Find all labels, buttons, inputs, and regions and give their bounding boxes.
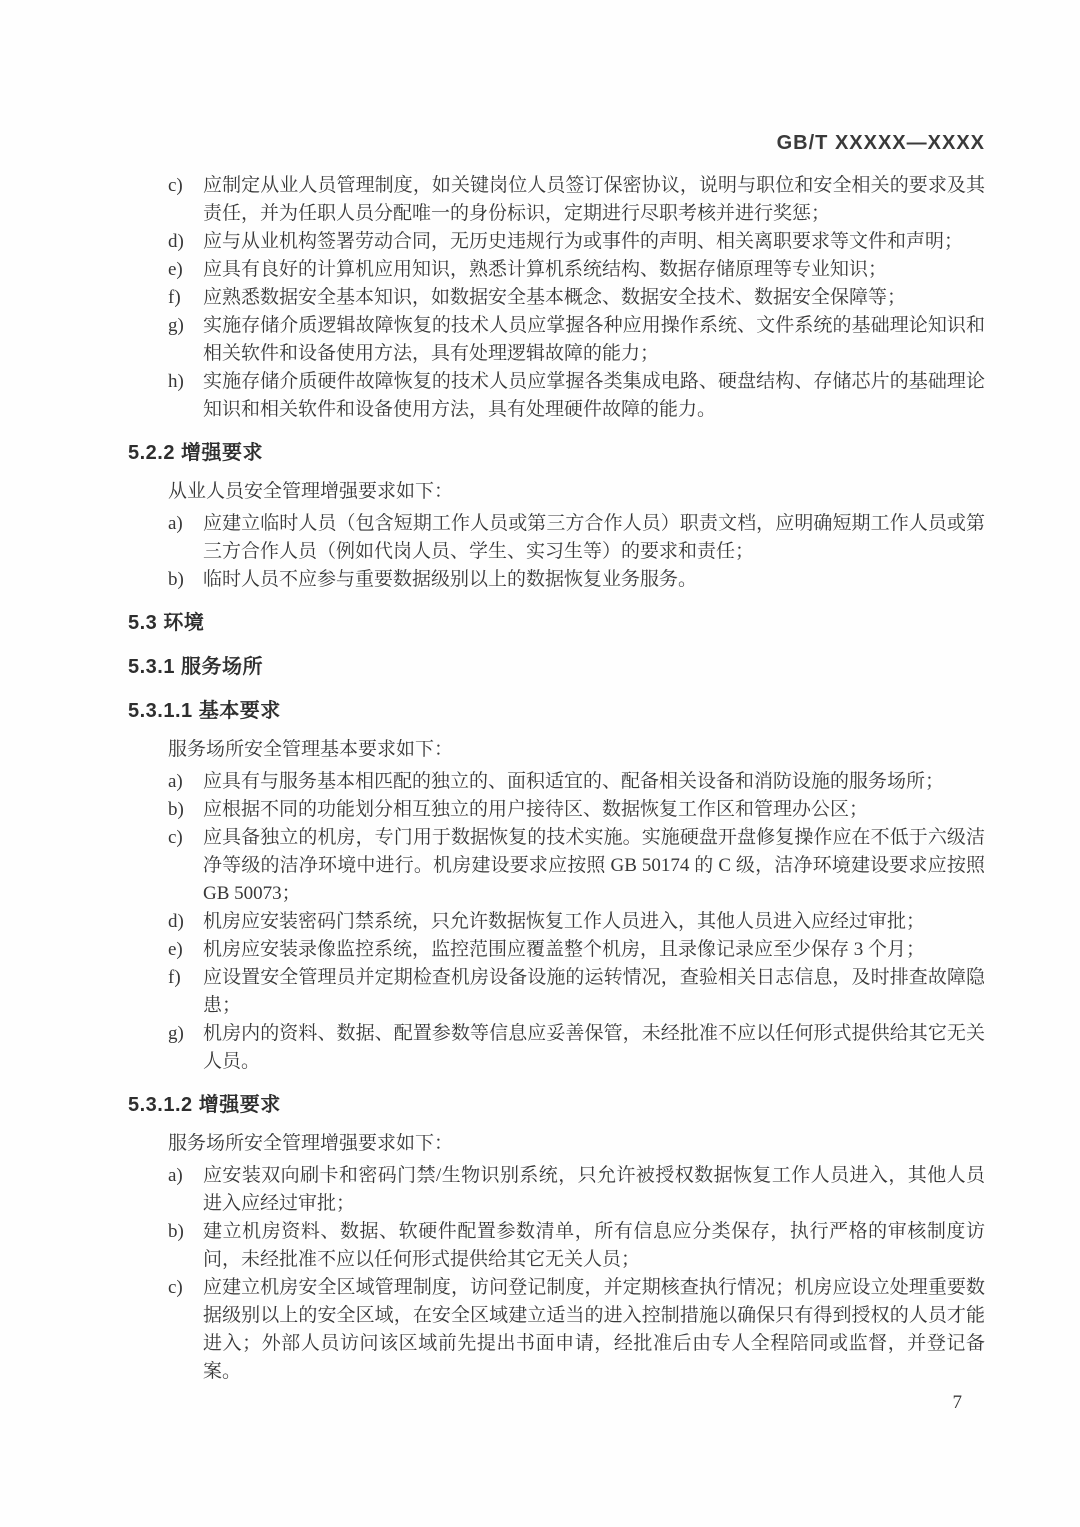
list-item-text: 应根据不同的功能划分相互独立的用户接待区、数据恢复工作区和管理办公区；: [203, 796, 985, 824]
list-item-text: 机房应安装录像监控系统，监控范围应覆盖整个机房，且录像记录应至少保存 3 个月；: [203, 936, 985, 964]
list-item-text: 应熟悉数据安全基本知识，如数据安全基本概念、数据安全技术、数据安全保障等；: [203, 284, 985, 312]
list-item-text: 应具有良好的计算机应用知识，熟悉计算机系统结构、数据存储原理等专业知识；: [203, 256, 985, 284]
paragraph: 服务场所安全管理基本要求如下：: [128, 736, 985, 764]
list-item-text: 建立机房资料、数据、软硬件配置参数清单，所有信息应分类保存，执行严格的审核制度访…: [203, 1218, 985, 1274]
document-page: GB/T XXXXX—XXXX c)应制定从业人员管理制度，如关键岗位人员签订保…: [0, 0, 1080, 1527]
section-heading: 5.3.1.1 基本要求: [128, 696, 985, 726]
standard-code-header: GB/T XXXXX—XXXX: [128, 132, 985, 154]
list-item: c)应具备独立的机房，专门用于数据恢复的技术实施。实施硬盘开盘修复操作应在不低于…: [128, 824, 985, 908]
list-item: a)应安装双向刷卡和密码门禁/生物识别系统，只允许被授权数据恢复工作人员进入，其…: [128, 1162, 985, 1218]
list-item-label: d): [168, 908, 203, 936]
list-item: b)临时人员不应参与重要数据级别以上的数据恢复业务服务。: [128, 566, 985, 594]
list-item: c)应建立机房安全区域管理制度，访问登记制度，并定期核查执行情况；机房应设立处理…: [128, 1274, 985, 1386]
section-heading: 5.3.1 服务场所: [128, 652, 985, 682]
list-item-text: 应设置安全管理员并定期检查机房设备设施的运转情况，查验相关日志信息，及时排查故障…: [203, 964, 985, 1020]
list-item-label: g): [168, 312, 203, 340]
list-item-text: 机房内的资料、数据、配置参数等信息应妥善保管，未经批准不应以任何形式提供给其它无…: [203, 1020, 985, 1076]
list-item-label: a): [168, 1162, 203, 1190]
section-heading: 5.3.1.2 增强要求: [128, 1090, 985, 1120]
list-item: d)机房应安装密码门禁系统，只允许数据恢复工作人员进入，其他人员进入应经过审批；: [128, 908, 985, 936]
list-item-text: 应建立临时人员（包含短期工作人员或第三方合作人员）职责文档，应明确短期工作人员或…: [203, 510, 985, 566]
lettered-list: a)应建立临时人员（包含短期工作人员或第三方合作人员）职责文档，应明确短期工作人…: [128, 510, 985, 594]
lettered-list: a)应具有与服务基本相匹配的独立的、面积适宜的、配备相关设备和消防设施的服务场所…: [128, 768, 985, 1076]
list-item: g)实施存储介质逻辑故障恢复的技术人员应掌握各种应用操作系统、文件系统的基础理论…: [128, 312, 985, 368]
list-item-text: 应制定从业人员管理制度，如关键岗位人员签订保密协议，说明与职位和安全相关的要求及…: [203, 172, 985, 228]
page-number: 7: [953, 1392, 963, 1414]
list-item-label: b): [168, 566, 203, 594]
list-item-label: a): [168, 768, 203, 796]
list-item-text: 临时人员不应参与重要数据级别以上的数据恢复业务服务。: [203, 566, 985, 594]
list-item-label: c): [168, 172, 203, 200]
list-item-label: c): [168, 1274, 203, 1302]
section-heading: 5.3 环境: [128, 608, 985, 638]
lettered-list: c)应制定从业人员管理制度，如关键岗位人员签订保密协议，说明与职位和安全相关的要…: [128, 172, 985, 424]
list-item: e)机房应安装录像监控系统，监控范围应覆盖整个机房，且录像记录应至少保存 3 个…: [128, 936, 985, 964]
list-item: a)应建立临时人员（包含短期工作人员或第三方合作人员）职责文档，应明确短期工作人…: [128, 510, 985, 566]
list-item-label: f): [168, 964, 203, 992]
list-item: a)应具有与服务基本相匹配的独立的、面积适宜的、配备相关设备和消防设施的服务场所…: [128, 768, 985, 796]
list-item-text: 应与从业机构签署劳动合同，无历史违规行为或事件的声明、相关离职要求等文件和声明；: [203, 228, 985, 256]
list-item-label: g): [168, 1020, 203, 1048]
list-item: b)建立机房资料、数据、软硬件配置参数清单，所有信息应分类保存，执行严格的审核制…: [128, 1218, 985, 1274]
list-item-label: e): [168, 256, 203, 284]
list-item-label: b): [168, 796, 203, 824]
list-item-text: 应具备独立的机房，专门用于数据恢复的技术实施。实施硬盘开盘修复操作应在不低于六级…: [203, 824, 985, 908]
list-item: d)应与从业机构签署劳动合同，无历史违规行为或事件的声明、相关离职要求等文件和声…: [128, 228, 985, 256]
list-item-text: 应具有与服务基本相匹配的独立的、面积适宜的、配备相关设备和消防设施的服务场所；: [203, 768, 985, 796]
list-item-text: 实施存储介质逻辑故障恢复的技术人员应掌握各种应用操作系统、文件系统的基础理论知识…: [203, 312, 985, 368]
section-heading: 5.2.2 增强要求: [128, 438, 985, 468]
lettered-list: a)应安装双向刷卡和密码门禁/生物识别系统，只允许被授权数据恢复工作人员进入，其…: [128, 1162, 985, 1386]
list-item-text: 应建立机房安全区域管理制度，访问登记制度，并定期核查执行情况；机房应设立处理重要…: [203, 1274, 985, 1386]
list-item: c)应制定从业人员管理制度，如关键岗位人员签订保密协议，说明与职位和安全相关的要…: [128, 172, 985, 228]
list-item-text: 应安装双向刷卡和密码门禁/生物识别系统，只允许被授权数据恢复工作人员进入，其他人…: [203, 1162, 985, 1218]
list-item-label: a): [168, 510, 203, 538]
list-item: h)实施存储介质硬件故障恢复的技术人员应掌握各类集成电路、硬盘结构、存储芯片的基…: [128, 368, 985, 424]
list-item: e)应具有良好的计算机应用知识，熟悉计算机系统结构、数据存储原理等专业知识；: [128, 256, 985, 284]
list-item-label: e): [168, 936, 203, 964]
list-item-label: b): [168, 1218, 203, 1246]
list-item-label: f): [168, 284, 203, 312]
list-item-text: 实施存储介质硬件故障恢复的技术人员应掌握各类集成电路、硬盘结构、存储芯片的基础理…: [203, 368, 985, 424]
document-body: c)应制定从业人员管理制度，如关键岗位人员签订保密协议，说明与职位和安全相关的要…: [128, 172, 985, 1386]
list-item: f)应设置安全管理员并定期检查机房设备设施的运转情况，查验相关日志信息，及时排查…: [128, 964, 985, 1020]
list-item-label: c): [168, 824, 203, 852]
list-item: g)机房内的资料、数据、配置参数等信息应妥善保管，未经批准不应以任何形式提供给其…: [128, 1020, 985, 1076]
paragraph: 从业人员安全管理增强要求如下：: [128, 478, 985, 506]
list-item-text: 机房应安装密码门禁系统，只允许数据恢复工作人员进入，其他人员进入应经过审批；: [203, 908, 985, 936]
list-item-label: d): [168, 228, 203, 256]
list-item-label: h): [168, 368, 203, 396]
paragraph: 服务场所安全管理增强要求如下：: [128, 1130, 985, 1158]
list-item: b)应根据不同的功能划分相互独立的用户接待区、数据恢复工作区和管理办公区；: [128, 796, 985, 824]
list-item: f)应熟悉数据安全基本知识，如数据安全基本概念、数据安全技术、数据安全保障等；: [128, 284, 985, 312]
